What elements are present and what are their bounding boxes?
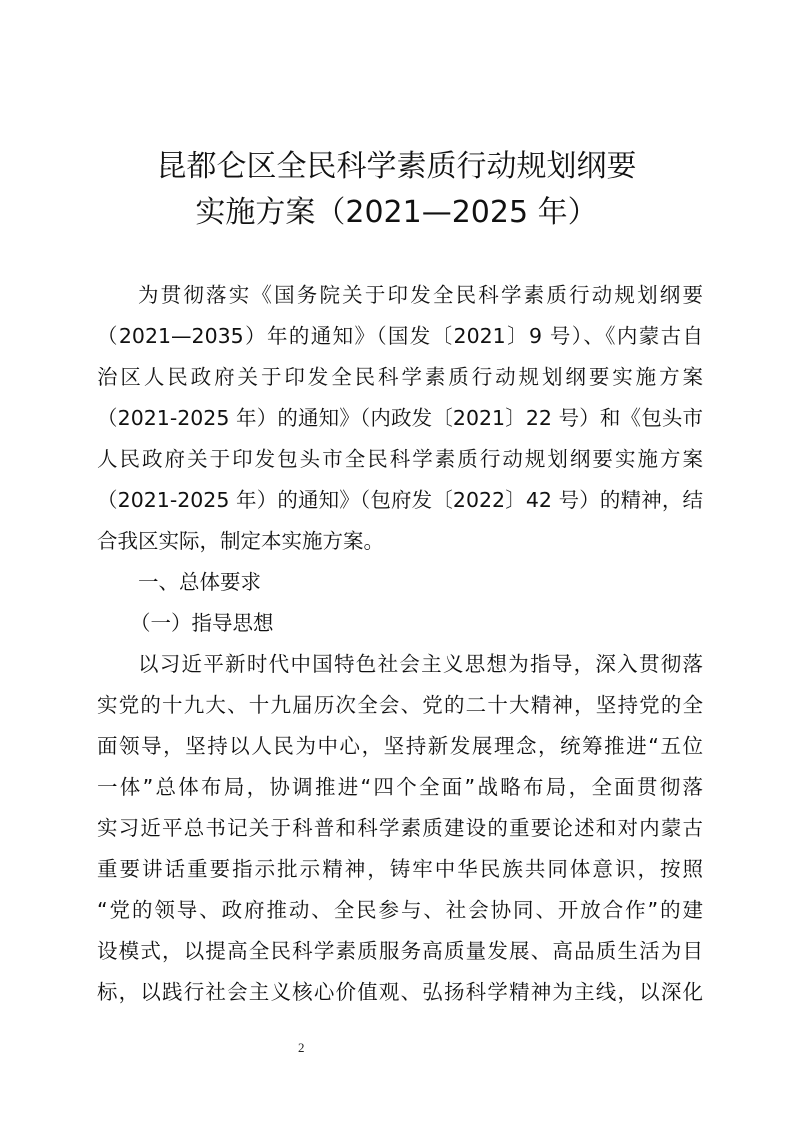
- body-line: 实习近平总书记关于科普和科学素质建设的重要论述和对内蒙古: [97, 813, 703, 843]
- body-line: （2021-2025 年）的通知》（包府发〔2022〕42 号）的精神，结: [97, 485, 703, 515]
- document-page: 昆都仑区全民科学素质行动规划纲要 实施方案（2021—2025 年） 为贯彻落实…: [0, 0, 793, 1122]
- body-line: 设模式，以提高全民科学素质服务高质量发展、高品质生活为目: [97, 936, 703, 966]
- document-title-line-2: 实施方案（2021—2025 年）: [0, 194, 793, 232]
- body-line: 实党的十九大、十九届历次全会、党的二十大精神，坚持党的全: [97, 690, 703, 720]
- body-line: 一体”总体布局，协调推进“四个全面”战略布局，全面贯彻落: [97, 772, 703, 802]
- page-number: 2: [298, 1040, 305, 1056]
- body-line: “党的领导、政府推动、全民参与、社会协同、开放合作”的建: [97, 895, 703, 925]
- body-line-intro-1: 为贯彻落实《国务院关于印发全民科学素质行动规划纲要: [138, 280, 703, 310]
- body-line: 面领导，坚持以人民为中心，坚持新发展理念，统筹推进“五位: [97, 731, 703, 761]
- document-title-line-1: 昆都仑区全民科学素质行动规划纲要: [0, 148, 793, 186]
- subsection-heading-1: （一）指导思想: [130, 608, 703, 638]
- body-line: 以习近平新时代中国特色社会主义思想为指导，深入贯彻落: [138, 649, 703, 679]
- body-line: （2021—2035）年的通知》（国发〔2021〕9 号）、《内蒙古自: [97, 321, 703, 351]
- body-line: 治区人民政府关于印发全民科学素质行动规划纲要实施方案: [97, 362, 703, 392]
- body-line: 重要讲话重要指示批示精神，铸牢中华民族共同体意识，按照: [97, 854, 703, 884]
- body-line: 标，以践行社会主义核心价值观、弘扬科学精神为主线，以深化: [97, 977, 703, 1007]
- section-heading-1: 一、总体要求: [138, 567, 703, 597]
- body-line: （2021-2025 年）的通知》（内政发〔2021〕22 号）和《包头市: [97, 403, 703, 433]
- body-line: 人民政府关于印发包头市全民科学素质行动规划纲要实施方案: [97, 444, 703, 474]
- body-line: 合我区实际，制定本实施方案。: [97, 526, 703, 556]
